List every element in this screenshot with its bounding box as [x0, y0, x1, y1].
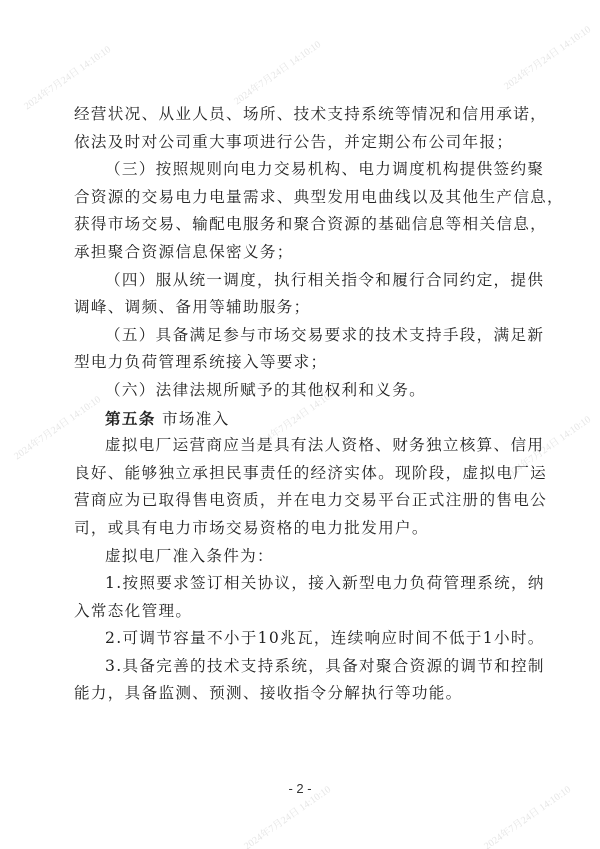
text-line: 获得市场交易、输配电服务和聚合资源的基础信息等相关信息，: [74, 211, 528, 239]
text-line: 型电力负荷管理系统接入等要求；: [74, 349, 528, 377]
list-item-line: 2.可调节容量不小于10兆瓦，连续响应时间不低于1小时。: [74, 625, 528, 653]
watermark: 2024年7月24日 14:10:10: [500, 21, 593, 92]
text-line: 调峰、调频、备用等辅助服务；: [74, 294, 528, 322]
text-line: （六）法律法规所赋予的其他权利和义务。: [74, 377, 528, 405]
text-line: 虚拟电厂准入条件为：: [74, 543, 528, 571]
watermark: 2024年7月24日 14:10:10: [230, 36, 323, 107]
text-line: （三）按照规则向电力交易机构、电力调度机构提供签约聚: [74, 156, 528, 184]
list-item-line: 1.按照要求签订相关协议，接入新型电力负荷管理系统，纳: [74, 570, 528, 598]
article-number: 第五条: [105, 409, 156, 428]
text-line: 依法及时对公司重大事项进行公告，并定期公布公司年报；: [74, 129, 528, 157]
list-item-line: 入常态化管理。: [74, 598, 528, 626]
text-line: 合资源的交易电力电量需求、典型发用电曲线以及其他生产信息，: [74, 184, 528, 212]
article-title: 市场准入: [156, 410, 230, 428]
article-heading: 第五条 市场准入: [74, 405, 528, 433]
text-line: 司，或具有电力市场交易资格的电力批发用户。: [74, 515, 528, 543]
text-line: 经营状况、从业人员、场所、技术支持系统等情况和信用承诺，: [74, 101, 528, 129]
text-line: （五）具备满足参与市场交易要求的技术支持手段，满足新: [74, 322, 528, 350]
page-number: - 2 -: [0, 781, 600, 796]
document-body: 经营状况、从业人员、场所、技术支持系统等情况和信用承诺， 依法及时对公司重大事项…: [74, 101, 528, 708]
text-line: 虚拟电厂运营商应当是具有法人资格、财务独立核算、信用: [74, 432, 528, 460]
list-item-line: 能力，具备监测、预测、接收指令分解执行等功能。: [74, 680, 528, 708]
text-line: 营商应为已取得售电资质，并在电力交易平台正式注册的售电公: [74, 487, 528, 515]
text-line: （四）服从统一调度，执行相关指令和履行合同约定，提供: [74, 267, 528, 295]
list-item-line: 3.具备完善的技术支持系统，具备对聚合资源的调节和控制: [74, 653, 528, 681]
text-line: 承担聚合资源信息保密义务；: [74, 239, 528, 267]
text-line: 良好、能够独立承担民事责任的经济实体。现阶段，虚拟电厂运: [74, 460, 528, 488]
document-page: 2024年7月24日 14:10:10 2024年7月24日 14:10:10 …: [0, 0, 600, 849]
